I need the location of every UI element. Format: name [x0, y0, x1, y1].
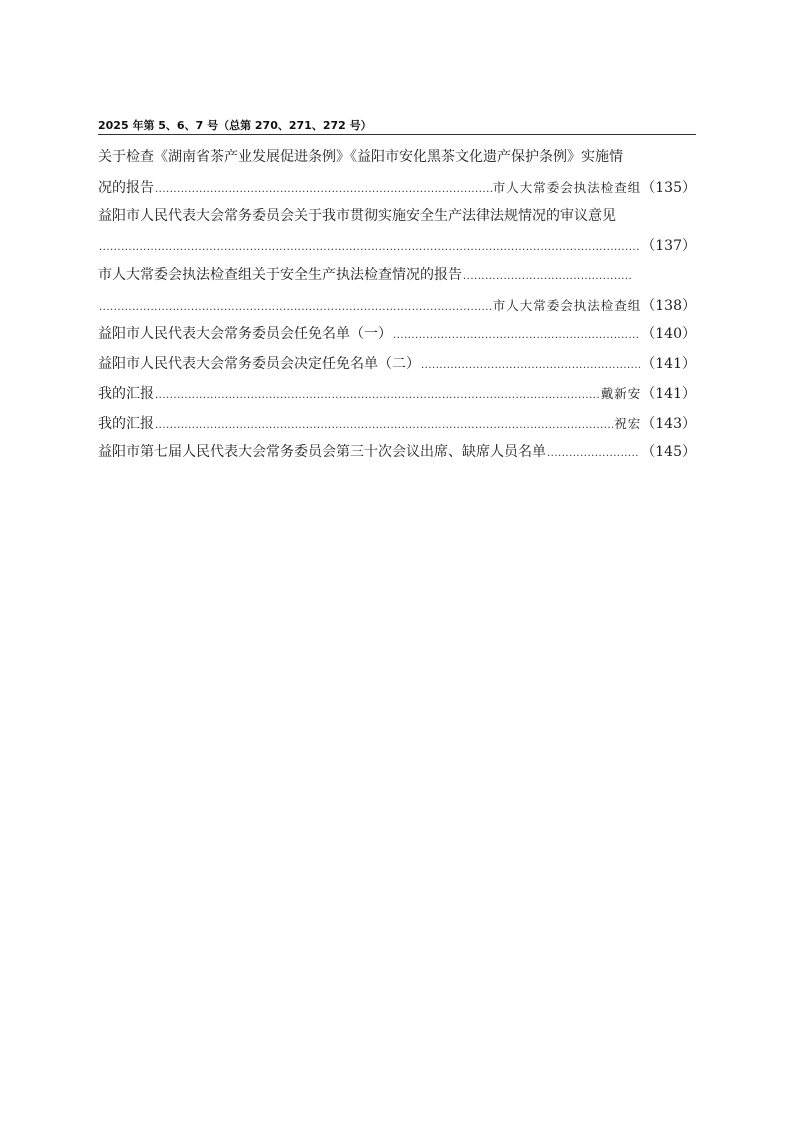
toc-entry-line[interactable]: （137） — [98, 232, 696, 262]
toc-entry-title: 我的汇报 — [98, 410, 154, 440]
toc-entry-line[interactable]: 益阳市人民代表大会常务委员会决定任免名单（二） （141） — [98, 350, 696, 380]
table-of-contents: 关于检查《湖南省茶产业发展促进条例》《益阳市安化黑茶文化遗产保护条例》实施情 况… — [98, 143, 696, 468]
dot-leader — [421, 351, 640, 381]
toc-entry-title: 益阳市人民代表大会常务委员会决定任免名单（二） — [98, 350, 420, 380]
toc-entry-page: （135） — [641, 174, 696, 204]
toc-entry-page: （141） — [641, 380, 696, 410]
dot-leader — [463, 262, 631, 292]
toc-entry-line[interactable]: 益阳市人民代表大会常务委员会任免名单（一） （140） — [98, 320, 696, 350]
toc-entry-page: （143） — [641, 410, 696, 440]
toc-entry-page: （138） — [641, 292, 696, 322]
dot-leader — [99, 233, 640, 263]
toc-entry-title: 关于检查《湖南省茶产业发展促进条例》《益阳市安化黑茶文化遗产保护条例》实施情 — [98, 143, 623, 173]
toc-entry-page: （137） — [641, 232, 696, 262]
dot-leader — [393, 321, 640, 351]
toc-entry-line[interactable]: 我的汇报 祝宏 （143） — [98, 409, 696, 439]
dot-leader — [155, 175, 492, 205]
toc-entry-author: 市人大常委会执法检查组 — [493, 173, 642, 203]
toc-entry-author: 祝宏 — [614, 409, 641, 439]
toc-entry-line[interactable]: 我的汇报 戴新安 （141） — [98, 379, 696, 409]
running-header: 2025 年第 5、6、7 号（总第 270、271、272 号） — [98, 119, 696, 135]
toc-entry-line[interactable]: 市人大常委会执法检查组 （138） — [98, 291, 696, 321]
toc-entry-line[interactable]: 益阳市人民代表大会常务委员会关于我市贯彻实施安全生产法律法规情况的审议意见 — [98, 202, 696, 232]
toc-entry-page: （145） — [641, 438, 696, 468]
dot-leader — [155, 381, 600, 411]
dot-leader — [547, 439, 640, 469]
toc-entry-line[interactable]: 市人大常委会执法检查组关于安全生产执法检查情况的报告 — [98, 261, 696, 291]
toc-entry-line[interactable]: 益阳市第七届人民代表大会常务委员会第三十次会议出席、缺席人员名单 （145） — [98, 438, 696, 468]
dot-leader — [155, 411, 613, 441]
toc-entry-title: 况的报告 — [98, 174, 154, 204]
toc-entry-line[interactable]: 况的报告 市人大常委会执法检查组 （135） — [98, 173, 696, 203]
dot-leader — [99, 293, 492, 323]
toc-entry-title: 益阳市人民代表大会常务委员会任免名单（一） — [98, 320, 392, 350]
toc-entry-author: 戴新安 — [601, 379, 642, 409]
toc-entry-line[interactable]: 关于检查《湖南省茶产业发展促进条例》《益阳市安化黑茶文化遗产保护条例》实施情 — [98, 143, 696, 173]
toc-entry-title: 益阳市人民代表大会常务委员会关于我市贯彻实施安全生产法律法规情况的审议意见 — [98, 202, 616, 232]
toc-entry-title: 我的汇报 — [98, 380, 154, 410]
toc-entry-title: 市人大常委会执法检查组关于安全生产执法检查情况的报告 — [98, 261, 462, 291]
toc-entry-author: 市人大常委会执法检查组 — [493, 291, 642, 321]
toc-entry-page: （141） — [641, 350, 696, 380]
toc-entry-page: （140） — [641, 320, 696, 350]
toc-entry-title: 益阳市第七届人民代表大会常务委员会第三十次会议出席、缺席人员名单 — [98, 438, 546, 468]
